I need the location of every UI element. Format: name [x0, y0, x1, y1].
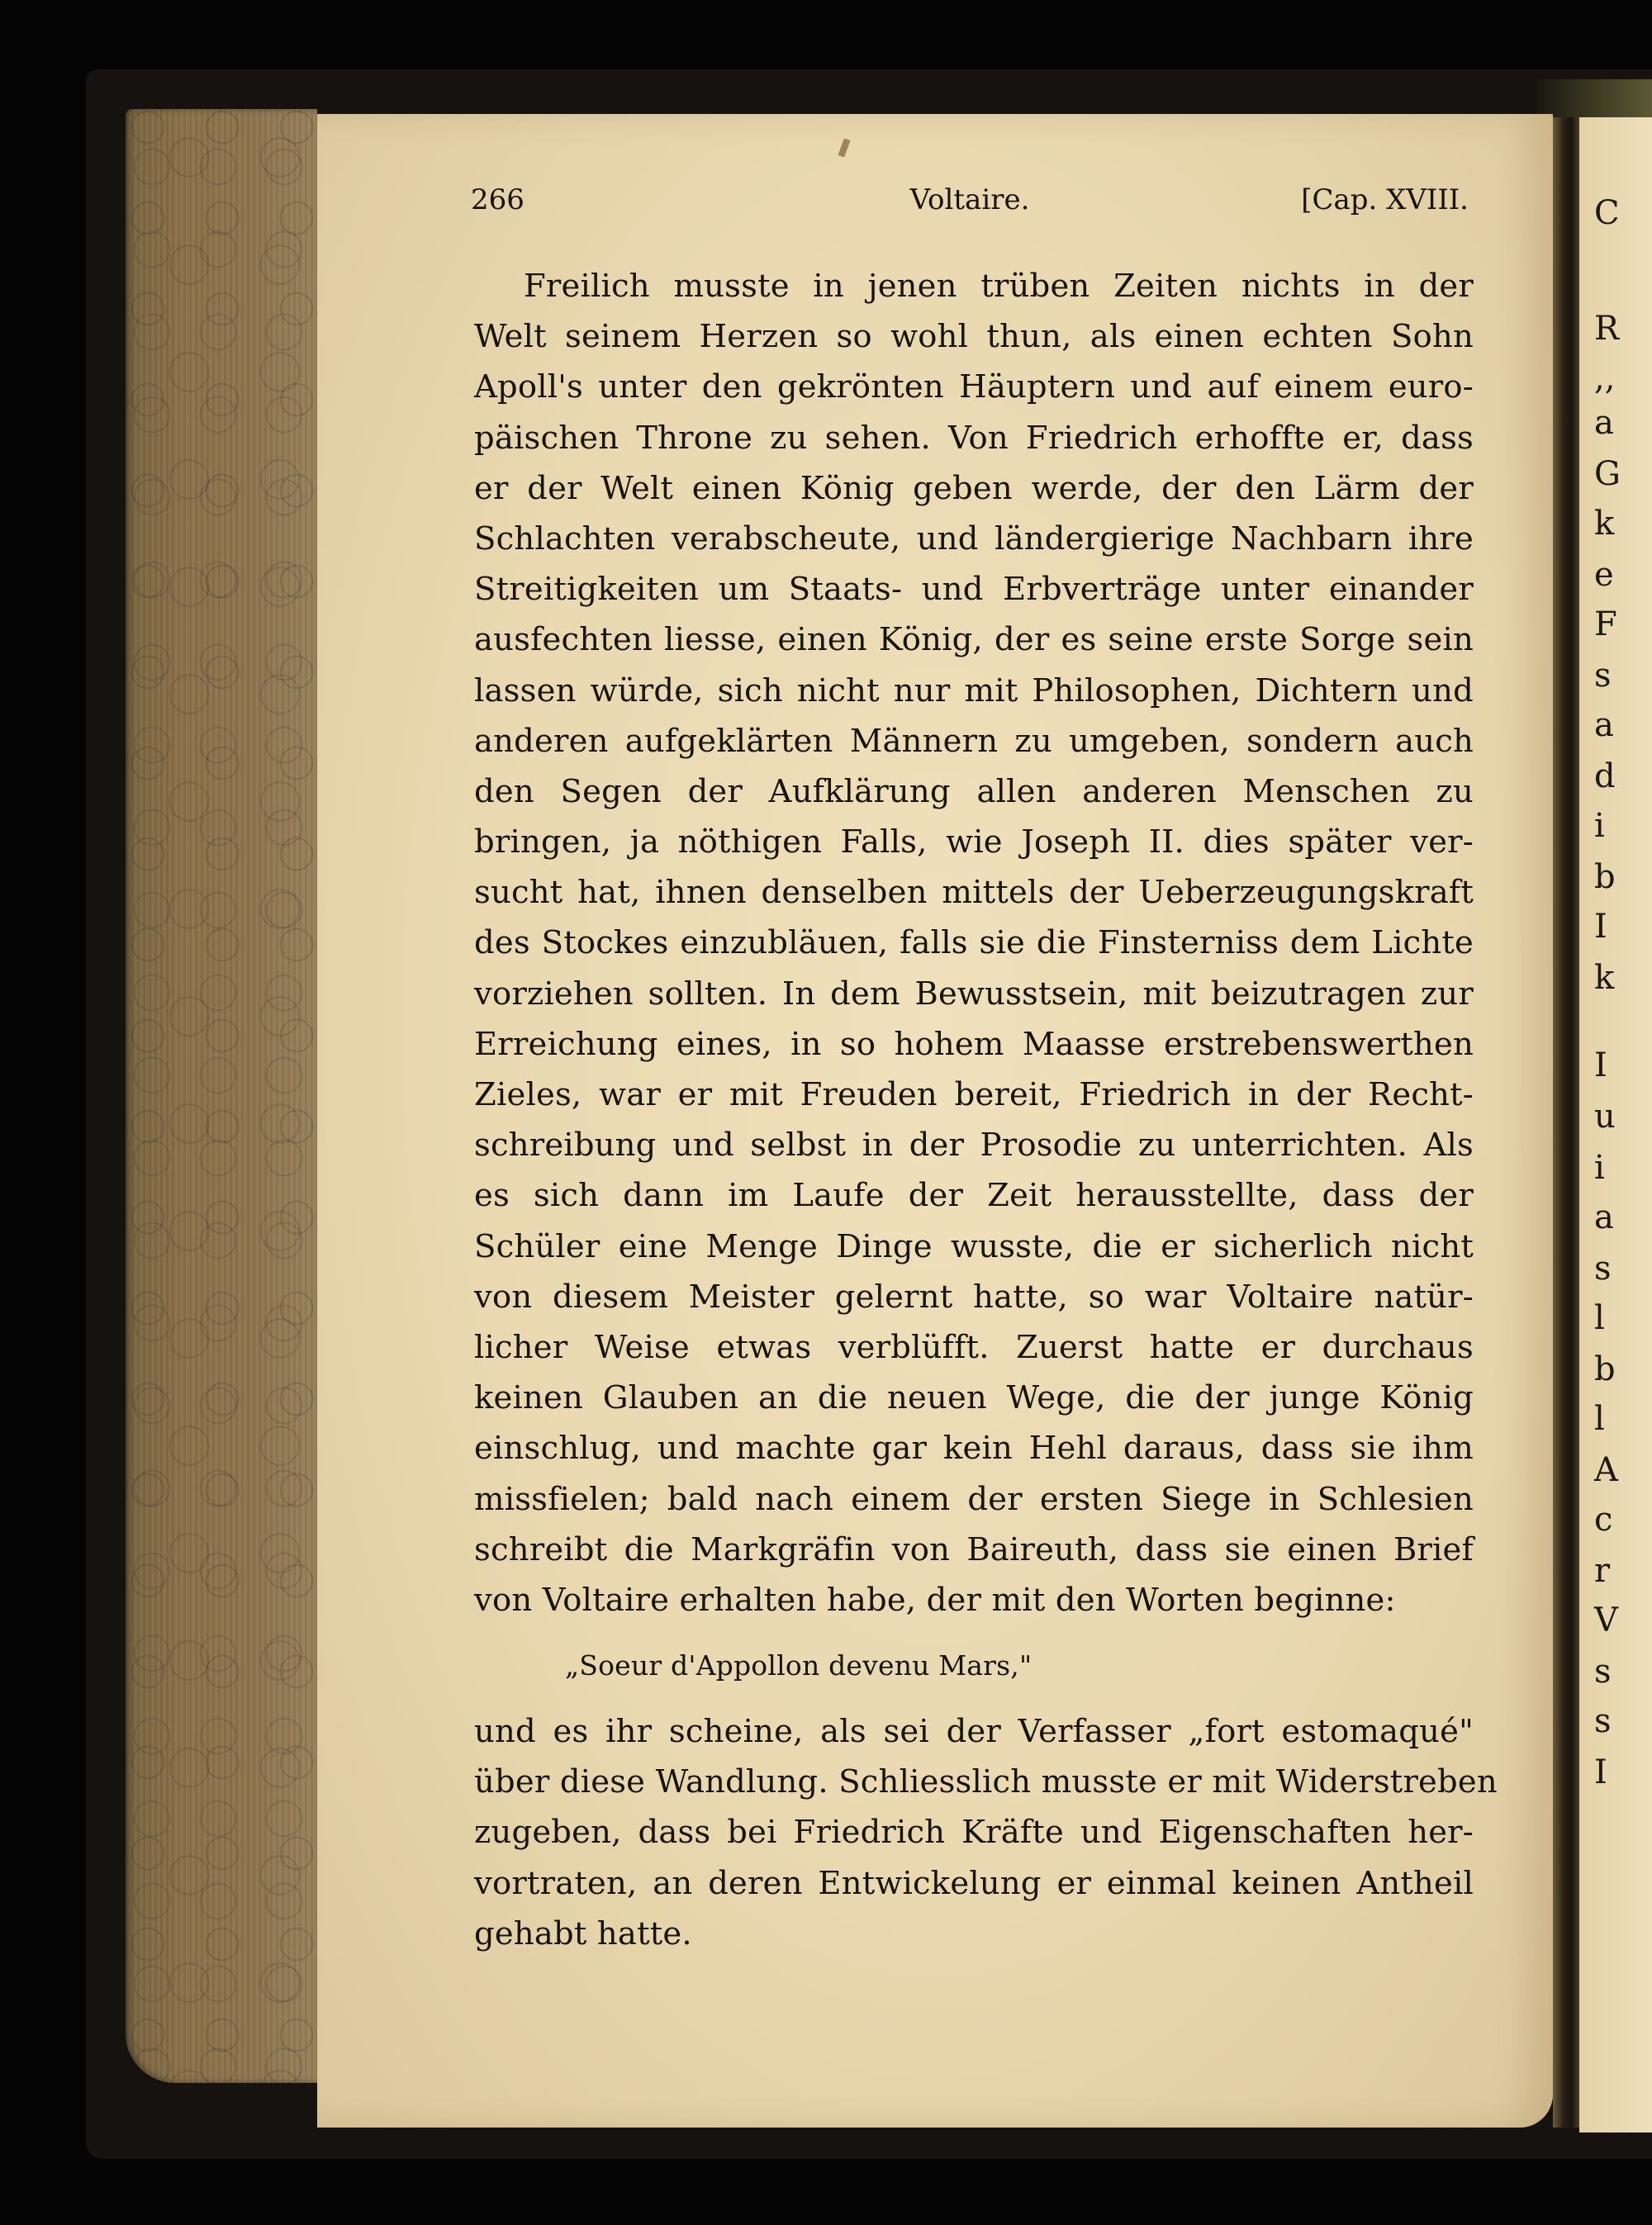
text-line: schreibt die Markgräfin von Baireuth, da… [474, 1525, 1474, 1575]
text-line: Streitigkeiten um Staats- und Erbverträg… [474, 564, 1474, 614]
facing-page-fragment: A [1594, 1454, 1618, 1487]
facing-page-fragment: a [1594, 1201, 1614, 1234]
body-text: Freilich musste in jenen trüben Zeiten n… [474, 261, 1474, 1959]
facing-page-fragment: a [1594, 406, 1614, 439]
facing-page-fragment: I [1594, 1756, 1607, 1789]
book-cover-corner [1536, 79, 1652, 117]
paragraph: Freilich musste in jenen trüben Zeiten n… [474, 261, 1474, 1625]
facing-page-fragment: r [1594, 1554, 1610, 1587]
text-line: einschlug, und machte gar kein Hehl dara… [474, 1423, 1474, 1473]
block-quotation: „Soeur d'Appollon devenu Mars," [474, 1625, 1474, 1706]
facing-page-fragment: s [1594, 659, 1612, 692]
text-line: anderen aufgeklärten Männern zu umgeben,… [474, 716, 1474, 766]
facing-page-fragment: b [1594, 1353, 1616, 1386]
text-line: Freilich musste in jenen trüben Zeiten n… [474, 261, 1474, 311]
facing-page-fragment: e [1594, 558, 1614, 591]
chapter-label: [Cap. XVIII. [1301, 183, 1469, 216]
text-line: gehabt hatte. [474, 1909, 1474, 1959]
text-line: zugeben, dass bei Friedrich Kräfte und E… [474, 1807, 1474, 1857]
facing-page-fragment: ,, [1594, 362, 1615, 395]
facing-page-fragment: b [1594, 861, 1616, 894]
facing-page-fragment: k [1594, 507, 1614, 540]
text-line: Welt seinem Herzen so wohl thun, als ein… [474, 311, 1474, 362]
text-line: schreibung und selbst in der Prosodie zu… [474, 1120, 1474, 1170]
text-line: licher Weise etwas verblüfft. Zuerst hat… [474, 1322, 1474, 1373]
text-line: vorziehen sollten. In dem Bewusstsein, m… [474, 969, 1474, 1019]
text-line: missfielen; bald nach einem der ersten S… [474, 1474, 1474, 1525]
text-line: von Voltaire erhalten habe, der mit den … [474, 1575, 1474, 1625]
facing-page-fragment: s [1594, 1705, 1612, 1738]
facing-page-fragment: k [1594, 961, 1614, 994]
text-line: lassen würde, sich nicht nur mit Philoso… [474, 666, 1474, 716]
facing-page-fragment: G [1594, 458, 1621, 491]
facing-page-fragment: d [1594, 760, 1616, 793]
text-line: den Segen der Aufklärung allen anderen M… [474, 766, 1474, 817]
facing-page-fragment: C [1594, 197, 1620, 230]
text-line: er der Welt einen König geben werde, der… [474, 463, 1474, 514]
facing-page-fragment: a [1594, 709, 1614, 742]
text-line: von diesem Meister gelernt hatte, so war… [474, 1272, 1474, 1322]
text-line: Schüler eine Menge Dinge wusste, die er … [474, 1222, 1474, 1272]
text-line: päischen Throne zu sehen. Von Friedrich … [474, 413, 1474, 463]
text-line: und es ihr scheine, als sei der Verfasse… [474, 1706, 1474, 1757]
text-line: ausfechten liesse, einen König, der es s… [474, 614, 1474, 665]
marbled-page-edges [126, 109, 317, 2083]
text-line: über diese Wandlung. Schliesslich musste… [474, 1757, 1474, 1807]
text-line: es sich dann im Laufe der Zeit herausste… [474, 1170, 1474, 1221]
facing-page-fragment: i [1594, 1151, 1605, 1184]
text-line: Schlachten verabscheute, und ländergieri… [474, 514, 1474, 564]
text-line: bringen, ja nöthigen Falls, wie Joseph I… [474, 817, 1474, 867]
facing-page-fragment: i [1594, 809, 1605, 842]
facing-page-fragment: u [1594, 1100, 1616, 1133]
facing-page-fragment: l [1594, 1402, 1605, 1435]
running-head: 266 Voltaire. [Cap. XVIII. [471, 183, 1469, 220]
facing-page-edge: C R ,, a G k e F s a d i b I k I u i a s… [1579, 117, 1652, 2132]
text-line: sucht hat, ihnen denselben mittels der U… [474, 867, 1474, 918]
text-line: Zieles, war er mit Freuden bereit, Fried… [474, 1070, 1474, 1120]
text-line: Erreichung eines, in so hohem Maasse ers… [474, 1019, 1474, 1070]
facing-page-fragment: R [1594, 312, 1619, 345]
facing-page-fragment: s [1594, 1252, 1612, 1285]
paragraph: und es ihr scheine, als sei der Verfasse… [474, 1706, 1474, 1959]
text-line: des Stockes einzubläuen, falls sie die F… [474, 918, 1474, 968]
facing-page-fragment: V [1594, 1604, 1618, 1637]
facing-page-fragment: I [1594, 1049, 1607, 1082]
facing-page-fragment: I [1594, 910, 1607, 943]
facing-page-fragment: s [1594, 1655, 1612, 1688]
book-gutter [1553, 117, 1579, 2128]
text-line: Apoll's unter den gekrönten Häuptern und… [474, 362, 1474, 412]
facing-page-fragment: F [1594, 608, 1617, 641]
text-line: vortraten, an deren Entwickelung er einm… [474, 1858, 1474, 1909]
facing-page-fragment: c [1594, 1503, 1612, 1536]
text-line: keinen Glauben an die neuen Wege, die de… [474, 1373, 1474, 1423]
facing-page-fragment: l [1594, 1302, 1605, 1335]
